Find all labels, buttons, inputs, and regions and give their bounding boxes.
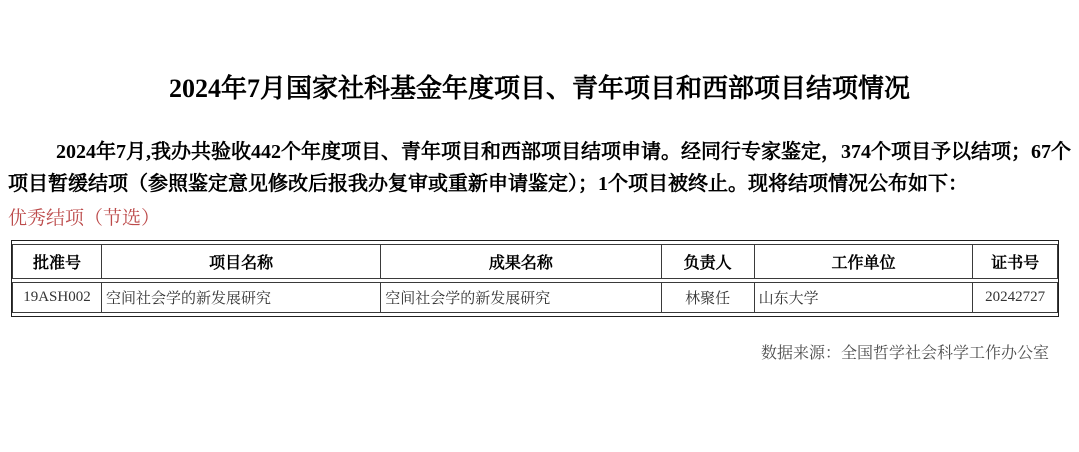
column-header-approval-number: 批准号 xyxy=(12,244,102,279)
column-header-work-unit: 工作单位 xyxy=(755,244,974,279)
document-page: 2024年7月国家社科基金年度项目、青年项目和西部项目结项情况 2024年7月,… xyxy=(0,72,1079,365)
page-title: 2024年7月国家社科基金年度项目、青年项目和西部项目结项情况 xyxy=(10,72,1069,106)
table-header-row: 批准号 项目名称 成果名称 负责人 工作单位 证书号 xyxy=(12,244,1058,279)
cell-certificate-no: 20242727 xyxy=(973,282,1058,313)
results-table-container: 批准号 项目名称 成果名称 负责人 工作单位 证书号 19ASH002 空间社会… xyxy=(11,240,1059,317)
cell-project-name: 空间社会学的新发展研究 xyxy=(102,282,381,313)
column-header-project-name: 项目名称 xyxy=(102,244,381,279)
intro-paragraph: 2024年7月,我办共验收442个年度项目、青年项目和西部项目结项申请。经同行专… xyxy=(8,136,1071,200)
results-table: 批准号 项目名称 成果名称 负责人 工作单位 证书号 19ASH002 空间社会… xyxy=(11,240,1059,317)
cell-leader: 林聚任 xyxy=(662,282,755,313)
table-row: 19ASH002 空间社会学的新发展研究 空间社会学的新发展研究 林聚任 山东大… xyxy=(12,282,1058,313)
data-source-note: 数据来源：全国哲学社会科学工作办公室 xyxy=(0,343,1049,365)
column-header-result-name: 成果名称 xyxy=(381,244,661,279)
cell-work-unit: 山东大学 xyxy=(755,282,974,313)
section-heading-excellent-projects: 优秀结项（节选） xyxy=(8,206,1071,232)
column-header-certificate-no: 证书号 xyxy=(973,244,1058,279)
column-header-leader: 负责人 xyxy=(662,244,755,279)
cell-result-name: 空间社会学的新发展研究 xyxy=(381,282,661,313)
cell-approval-number: 19ASH002 xyxy=(12,282,102,313)
